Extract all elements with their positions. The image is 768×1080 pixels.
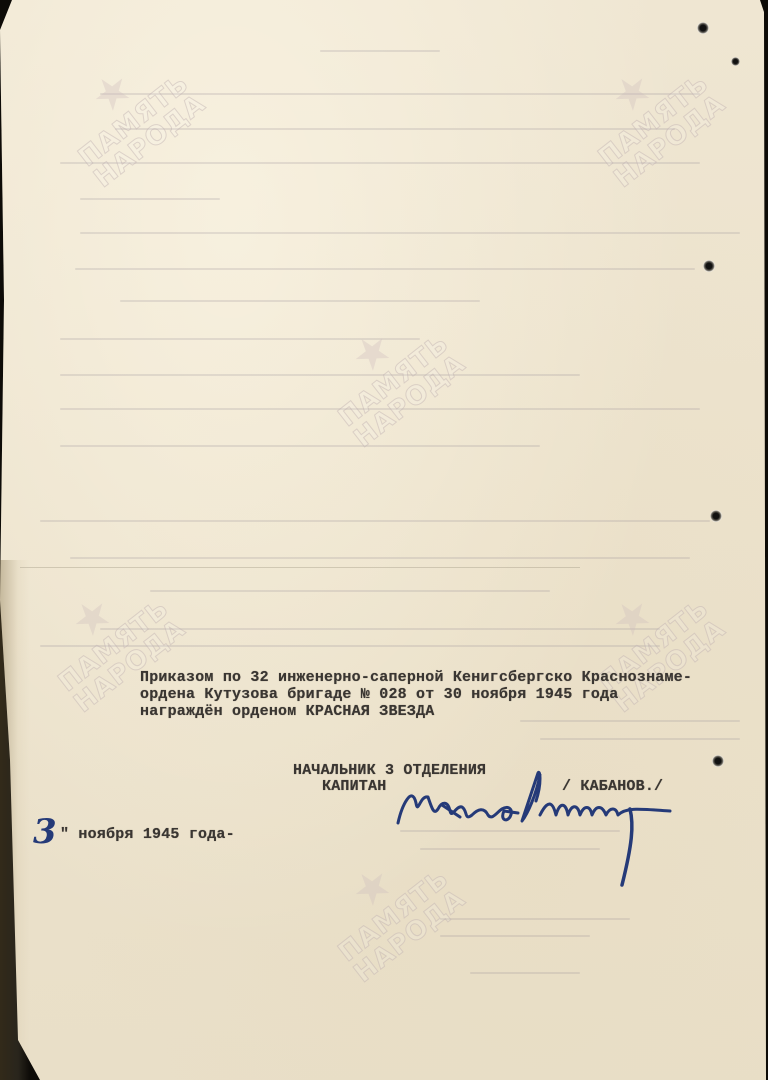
signatory-rank: КАПИТАН <box>322 778 386 795</box>
binding-hole <box>731 57 740 66</box>
paper-fold-shadow <box>0 560 30 1080</box>
order-line-3: награждён орденом КРАСНАЯ ЗВЕЗДА <box>140 703 434 720</box>
binding-hole <box>703 260 715 272</box>
order-line-2: ордена Кутузова бригаде № 028 от 30 нояб… <box>140 686 618 703</box>
date-typed: " ноября 1945 года- <box>60 826 235 843</box>
binding-hole <box>712 755 724 767</box>
order-line-1: Приказом по 32 инженерно-саперной Кенигс… <box>140 669 692 686</box>
binding-hole <box>697 22 709 34</box>
binding-hole <box>710 510 722 522</box>
faint-rule-line <box>20 567 580 568</box>
handwritten-day: 3 <box>33 812 57 852</box>
handwritten-signature <box>390 765 690 890</box>
